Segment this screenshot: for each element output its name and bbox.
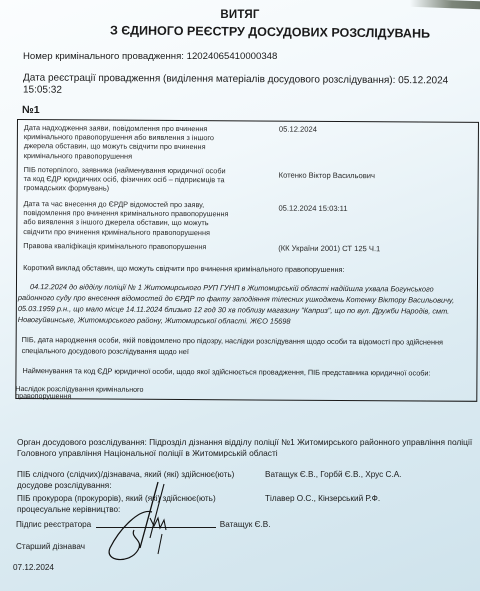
row-label: Дата надходження заяви, повідомлення про…: [24, 123, 234, 161]
case-number: Номер кримінального провадження: 1202406…: [23, 51, 277, 62]
row-value: 05.12.2024: [279, 125, 317, 134]
prosecutors-value: Тілавер О.С., Кінзерський Р.Ф.: [265, 493, 380, 504]
case-number-label: Номер кримінального провадження:: [23, 51, 184, 62]
registration-date-label: Дата реєстрації провадження (виділення м…: [23, 72, 395, 86]
legal-entity-label: Найменування та код ЄДР юридичної особи,…: [22, 366, 462, 378]
entry-number: №1: [22, 104, 40, 116]
record-table: Дата надходження заяви, повідомлення про…: [15, 119, 479, 402]
summary-text: 04.12.2024 до відділу поліції № 1 Житоми…: [18, 281, 458, 328]
row-label: Дата та час внесення до ЄРДР відомостей …: [23, 199, 233, 237]
row-value: Котенко Віктор Васильович: [279, 171, 375, 181]
suspect-label: ПІБ, дата народження особи, якій повідом…: [22, 334, 462, 359]
row-label: ПІБ потерпілого, заявника (найменування …: [24, 165, 234, 194]
case-number-value: 12024065410000348: [187, 51, 278, 62]
document-date: 07.12.2024: [13, 563, 54, 572]
document-subtitle: З ЄДИНОГО РЕЄСТРУ ДОСУДОВИХ РОЗСЛІДУВАНЬ: [60, 23, 480, 41]
summary-label: Короткий виклад обставин, що можуть свід…: [23, 263, 344, 274]
registrar-sign-label: Підпис реєстратора: [16, 520, 91, 529]
consequence-label: Наслідок розслідування кримінального пра…: [15, 386, 143, 401]
document-title: ВИТЯГ: [0, 9, 480, 21]
investigation-authority: Орган досудового розслідування: Підрозді…: [17, 437, 477, 458]
row-value: (КК України 2001) СТ 125 Ч.1: [278, 244, 380, 254]
registration-date: Дата реєстрації провадження (виділення м…: [23, 72, 463, 99]
investigators-value: Ватащук Є.В., Горбй Є.В., Хрус С.А.: [265, 469, 401, 480]
registrar-name: Ватащук Є.В.: [220, 520, 271, 529]
row-value: 05.12.2024 15:03:11: [278, 204, 347, 214]
handwritten-signature-icon: [100, 478, 210, 568]
authority-label: Орган досудового розслідування:: [17, 437, 147, 447]
row-label: Правова кваліфікація кримінального право…: [23, 241, 263, 252]
registrar-position: Старший дізнавач: [16, 542, 85, 551]
photo-shadow: [410, 0, 480, 9]
